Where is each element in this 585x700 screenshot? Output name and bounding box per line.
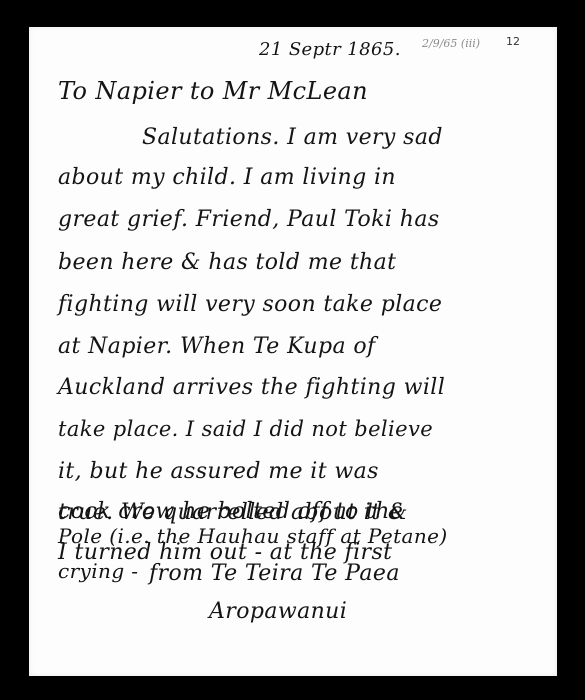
letter-page: 21 Septr 1865. 2/9/65 (iii) 12 To Napier… xyxy=(29,27,557,676)
letter-line: it, but he assured me it was xyxy=(58,459,379,484)
letter-line: Pole (i.e. the Hauhau staff at Petane) xyxy=(58,524,448,548)
letter-line: about my child. I am living in xyxy=(58,165,396,190)
letter-line: been here & has told me that xyxy=(58,250,396,275)
letter-line: take place. I said I did not believe xyxy=(58,417,433,441)
letter-line: Salutations. I am very sad xyxy=(142,125,443,150)
letter-line: crying - xyxy=(58,559,138,583)
signature-line: from Te Teira Te Paea xyxy=(149,561,400,586)
signature-place: Aropawanui xyxy=(209,599,347,624)
letter-line: at Napier. When Te Kupa of xyxy=(58,334,376,359)
letter-line: Auckland arrives the fighting will xyxy=(58,375,445,400)
page-number: 12 xyxy=(506,35,520,48)
letter-addressee: To Napier to Mr McLean xyxy=(58,77,368,105)
archive-pencil-note: 2/9/65 (iii) xyxy=(422,37,480,50)
letter-date: 21 Septr 1865. xyxy=(259,39,401,60)
letter-line: great grief. Friend, Paul Toki has xyxy=(58,207,440,232)
letter-line: fighting will very soon take place xyxy=(58,292,442,317)
letter-line: cock crow he bolted off to the xyxy=(58,499,403,524)
